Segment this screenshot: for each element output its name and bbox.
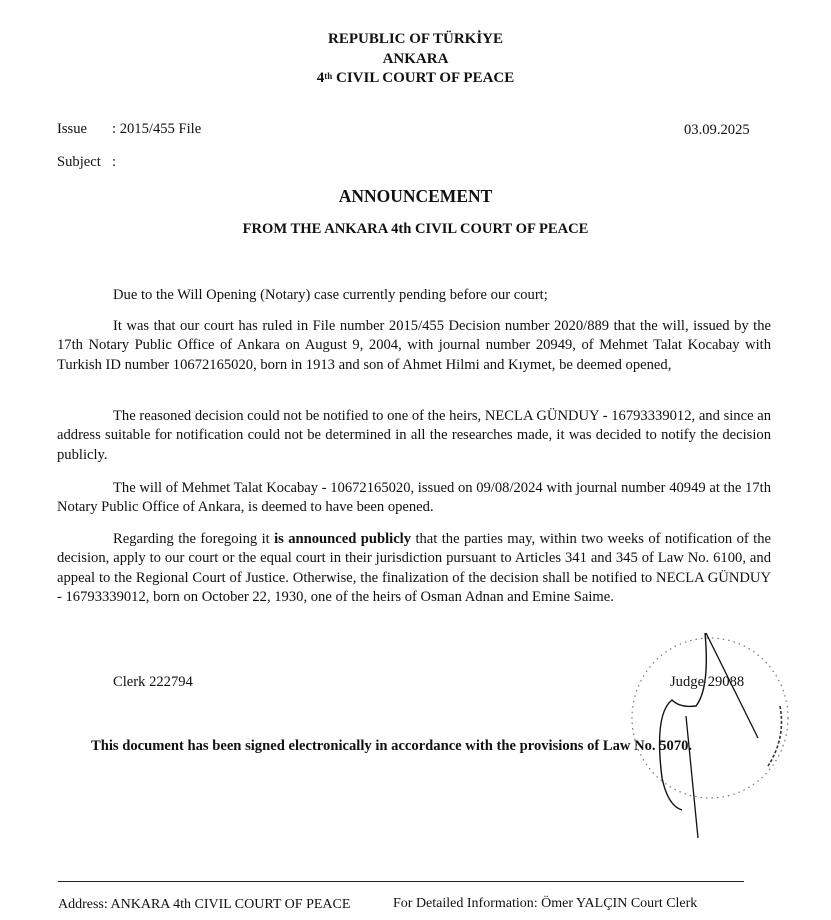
footer-address: Address: ANKARA 4th CIVIL COURT OF PEACE <box>58 897 350 913</box>
paragraph-2-text: It was that our court has ruled in File … <box>57 318 771 373</box>
signature-stamp-icon <box>610 628 800 843</box>
paragraph-4: The will of Mehmet Talat Kocabay - 10672… <box>57 479 771 518</box>
page-title: ANNOUNCEMENT <box>0 186 831 207</box>
subject-value: : <box>112 154 116 171</box>
clerk-signature: Clerk 222794 <box>113 674 193 691</box>
signature-stamp <box>610 628 800 843</box>
header-city: ANKARA <box>0 50 831 70</box>
judge-signature: Judge 29088 <box>670 674 744 691</box>
header-court-name: CIVIL COURT OF PEACE <box>332 70 514 86</box>
issue-value: : 2015/455 File <box>112 121 201 138</box>
paragraph-3-text: The reasoned decision could not be notif… <box>57 408 771 463</box>
document-date: 03.09.2025 <box>684 122 750 139</box>
paragraph-4-text: The will of Mehmet Talat Kocabay - 10672… <box>57 480 771 515</box>
footer-divider <box>58 881 744 882</box>
paragraph-1-text: Due to the Will Opening (Notary) case cu… <box>113 287 548 303</box>
paragraph-3: The reasoned decision could not be notif… <box>57 407 771 465</box>
header-court-suffix: th <box>324 71 332 81</box>
footer-contact-info: For Detailed Information: Ömer YALÇIN Co… <box>393 896 697 912</box>
paragraph-5-emphasis: is announced publicly <box>274 531 411 547</box>
paragraph-5-text-before: Regarding the foregoing it <box>113 531 274 547</box>
subject-label: Subject <box>57 154 101 171</box>
paragraph-2: It was that our court has ruled in File … <box>57 317 771 375</box>
page-subtitle: FROM THE ANKARA 4th CIVIL COURT OF PEACE <box>0 221 831 238</box>
header-court: 4th CIVIL COURT OF PEACE <box>0 69 831 89</box>
header-country: REPUBLIC OF TÜRKİYE <box>0 30 831 50</box>
e-signature-note: This document has been signed electronic… <box>91 738 692 755</box>
paragraph-1: Due to the Will Opening (Notary) case cu… <box>57 286 771 305</box>
paragraph-5: Regarding the foregoing it is announced … <box>57 530 771 608</box>
issue-label: Issue <box>57 121 87 138</box>
